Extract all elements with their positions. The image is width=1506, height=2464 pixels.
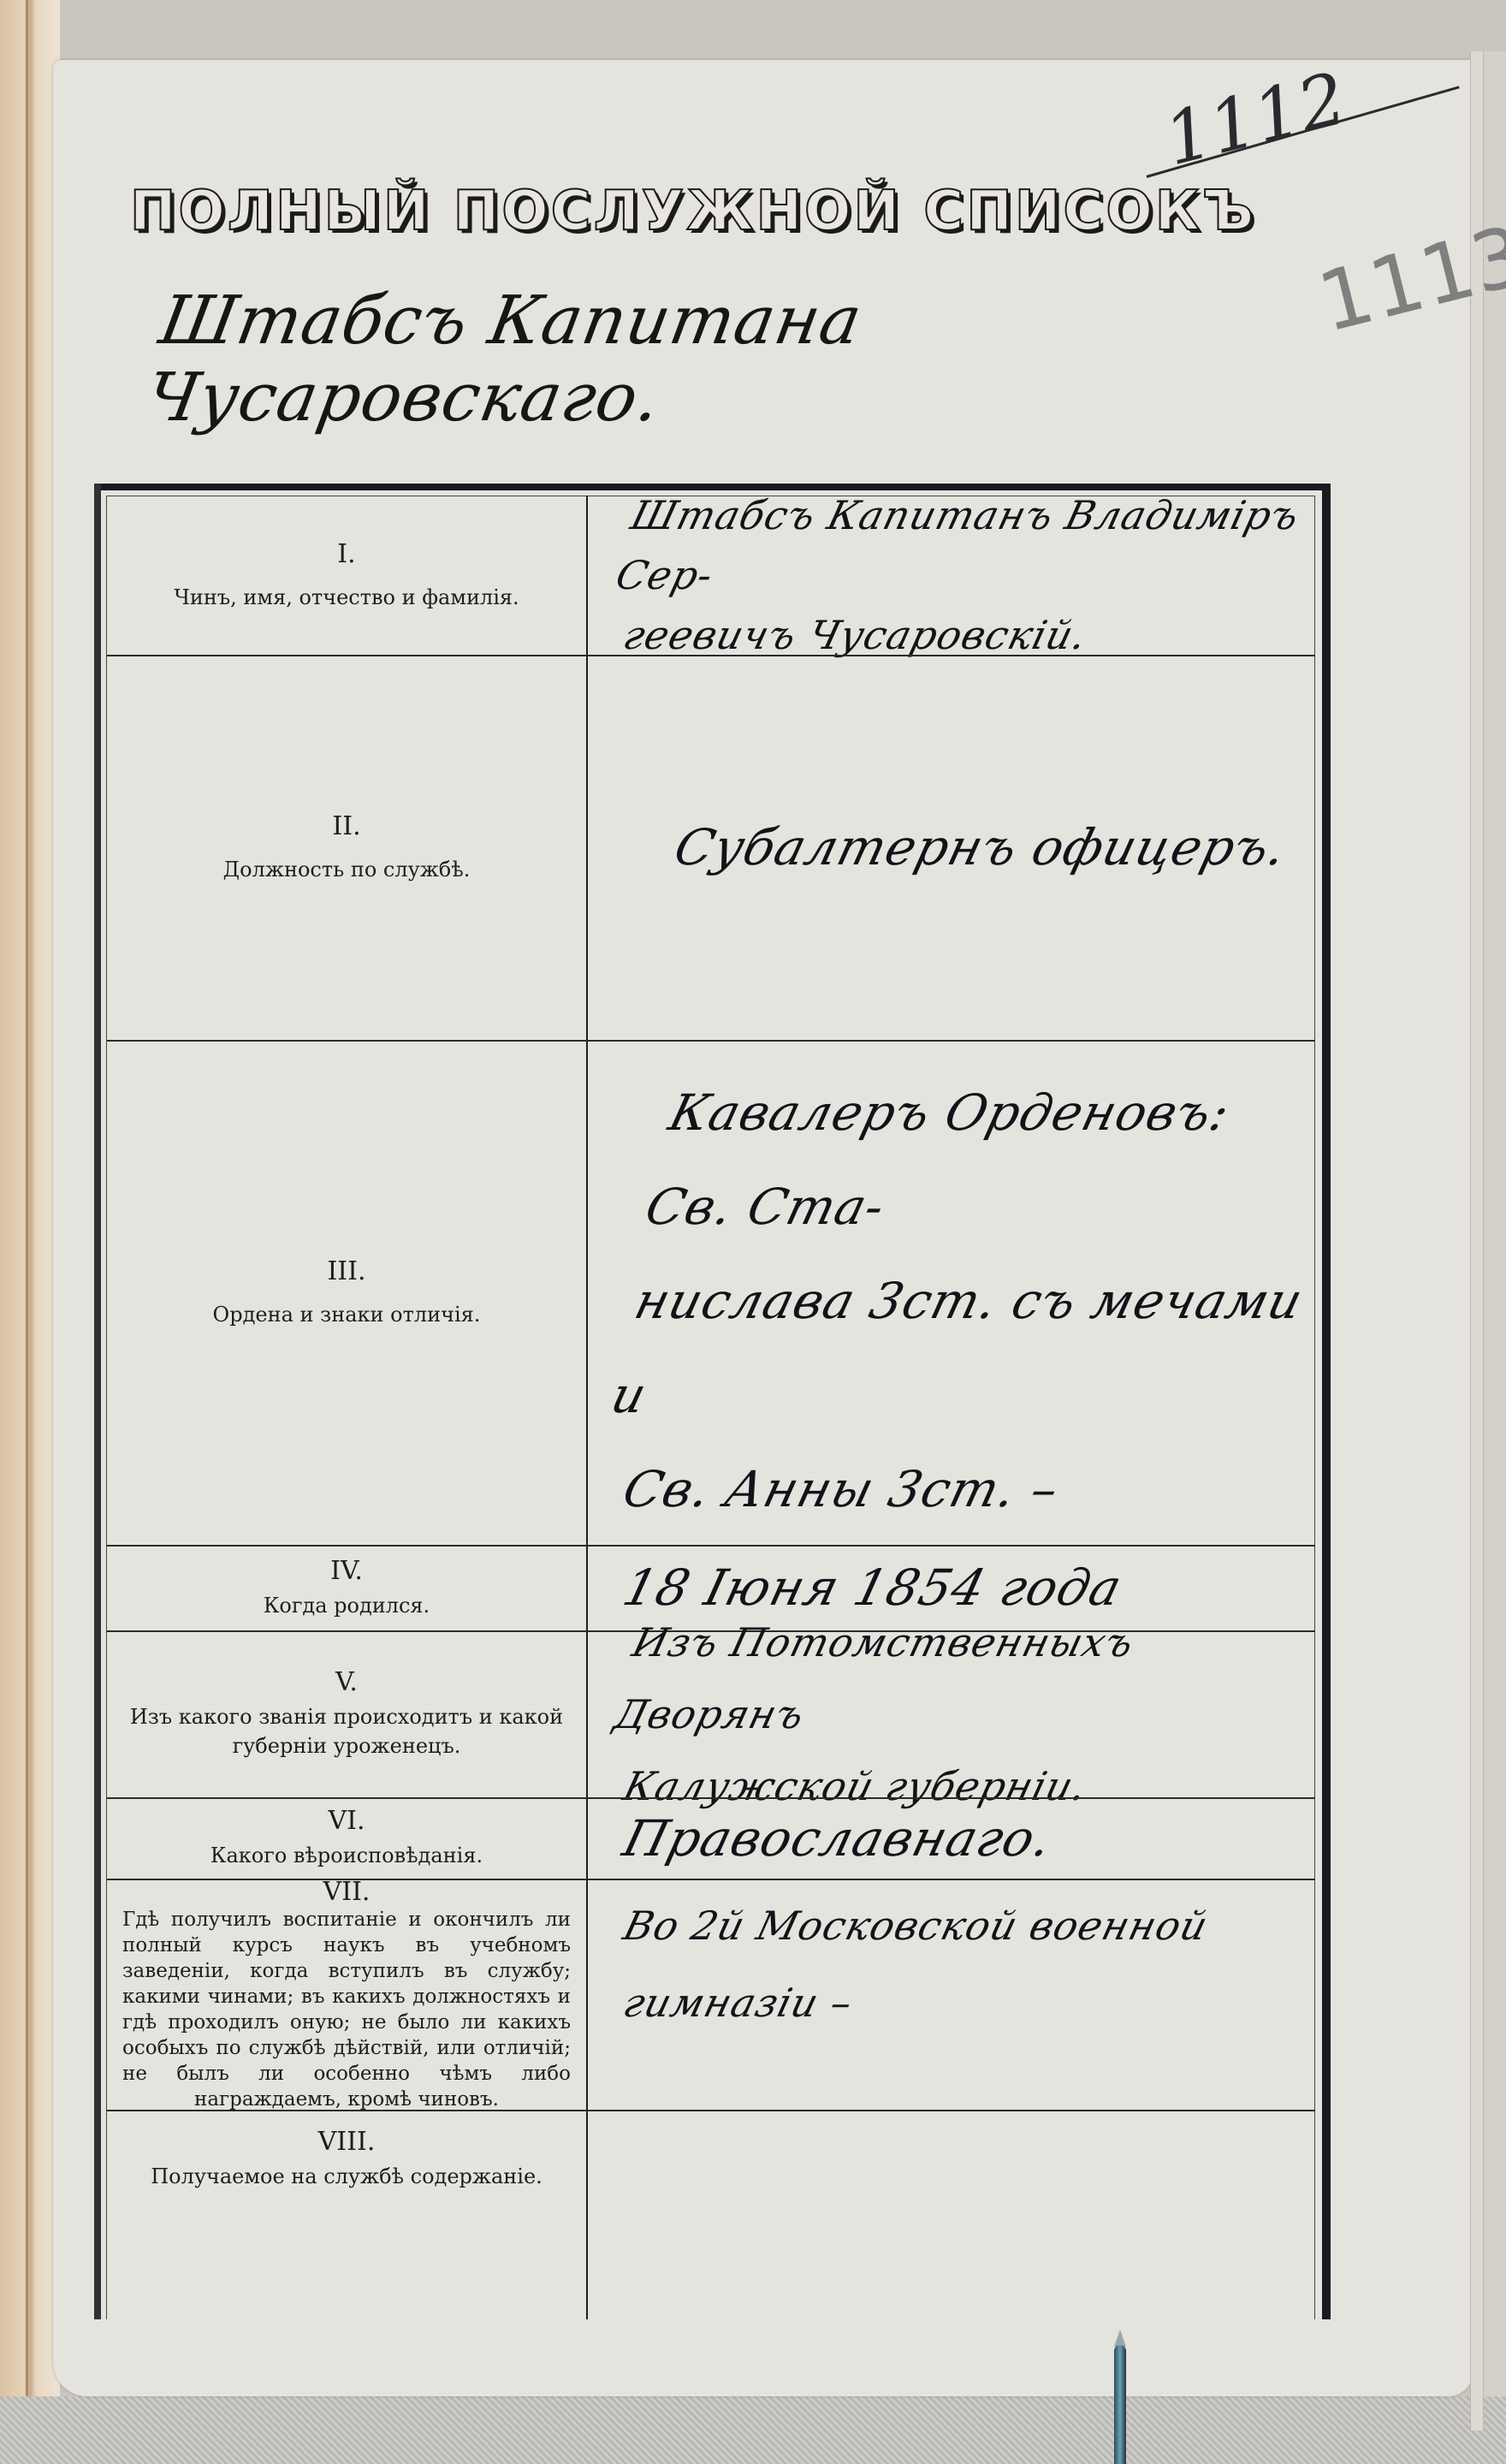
handwritten-line: Субалтернъ офицеръ. [615,808,1315,887]
row-label-text: Должность по службѣ. [208,855,486,884]
handwritten-line: Изъ Потомственныхъ Дворянъ [607,1606,1323,1750]
handwritten-line: Православнаго. [615,1799,1315,1878]
row-label-text: Изъ какого званія происходитъ и какой гу… [107,1702,586,1760]
handwritten-line: Штабсъ Капитанъ Владиміръ Сер- [610,485,1320,605]
document-title: ПОЛНЫЙ ПОСЛУЖНОЙ СПИСОКЪ [0,180,1506,243]
row-label: VIII. Получаемое на службѣ содержаніе. [107,2110,586,2315]
pen-pointer [1114,2345,1126,2464]
row-label-text: Какого вѣроисповѣданія. [195,1841,498,1870]
row-value: Изъ Потомственныхъ Дворянъ Калужской губ… [608,1630,1305,1797]
row-label-text: Получаемое на службѣ содержаніе. [135,2162,558,2191]
row-label: VI. Какого вѣроисповѣданія. [107,1797,586,1879]
service-record-table: I. Чинъ, имя, отчество и фамилія. Штабсъ… [94,484,1331,2319]
table-row-rank-name: I. Чинъ, имя, отчество и фамилія. Штабсъ… [107,496,1315,655]
row-value: Субалтернъ офицеръ. [608,655,1305,1040]
fabric-background [0,2396,1506,2464]
row-label-text: Гдѣ получилъ воспитаніе и окончилъ ли по… [107,1907,586,2112]
row-label: II. Должность по службѣ. [107,655,586,1040]
row-value-empty [608,2110,1305,2315]
handwritten-line: Св. Анны 3ст. – [613,1442,1316,1536]
row-label-text: Когда родился. [248,1591,445,1620]
row-label: I. Чинъ, имя, отчество и фамилія. [107,496,586,655]
row-number: IV. [330,1556,363,1586]
table-row-origin: V. Изъ какого званія происходитъ и какой… [107,1630,1315,1797]
handwritten-line: Кавалеръ Орденовъ: Св. Ста- [602,1066,1329,1254]
row-number: III. [327,1256,365,1286]
row-label-text: Ордена и знаки отличія. [198,1300,496,1329]
row-value: Штабсъ Капитанъ Владиміръ Сер- геевичъ Ч… [608,496,1305,655]
row-number: V. [335,1667,358,1697]
pen-tip [1114,2330,1126,2347]
row-number: II. [332,811,360,841]
table-row-education-service: VII. Гдѣ получилъ воспитаніе и окончилъ … [107,1879,1315,2110]
row-label: V. Изъ какого званія происходитъ и какой… [107,1630,586,1797]
row-label: III. Ордена и знаки отличія. [107,1040,586,1545]
row-value: Во 2й Московской военной гимназіи – [608,1879,1305,2110]
page-edge-right [1470,51,1484,2431]
table-row-religion: VI. Какого вѣроисповѣданія. Православнаг… [107,1797,1315,1879]
underlying-page-edge [1482,51,1506,2464]
book-fold-margin [0,0,60,2464]
row-number: VIII. [318,2127,376,2157]
book-crease [26,0,28,2464]
row-value: Православнаго. [608,1797,1305,1879]
table-row-position: II. Должность по службѣ. Субалтернъ офиц… [107,655,1315,1040]
handwritten-line: гимназіи – [615,1964,1314,2041]
row-label: IV. Когда родился. [107,1545,586,1630]
row-value: Кавалеръ Орденовъ: Св. Ста- нислава 3ст.… [608,1040,1305,1545]
table-row-salary: VIII. Получаемое на службѣ содержаніе. [107,2110,1315,2315]
row-number: VII. [323,1877,371,1907]
row-label: VII. Гдѣ получилъ воспитаніе и окончилъ … [107,1879,586,2110]
table-row-orders: III. Ордена и знаки отличія. Кавалеръ Ор… [107,1040,1315,1545]
document-title-text: ПОЛНЫЙ ПОСЛУЖНОЙ СПИСОКЪ [130,180,1256,243]
handwritten-line: нислава 3ст. съ мечами и [602,1254,1329,1442]
frame-border-right [1322,484,1331,2319]
frame-border-left [94,484,101,2319]
row-label-text: Чинъ, имя, отчество и фамилія. [158,583,534,612]
handwritten-line: Во 2й Московской военной [615,1887,1314,1964]
row-number: I. [337,539,355,569]
document-subtitle-handwritten: Штабсъ Капитана Чусаровскаго. [140,282,1297,436]
row-number: VI. [328,1806,365,1836]
